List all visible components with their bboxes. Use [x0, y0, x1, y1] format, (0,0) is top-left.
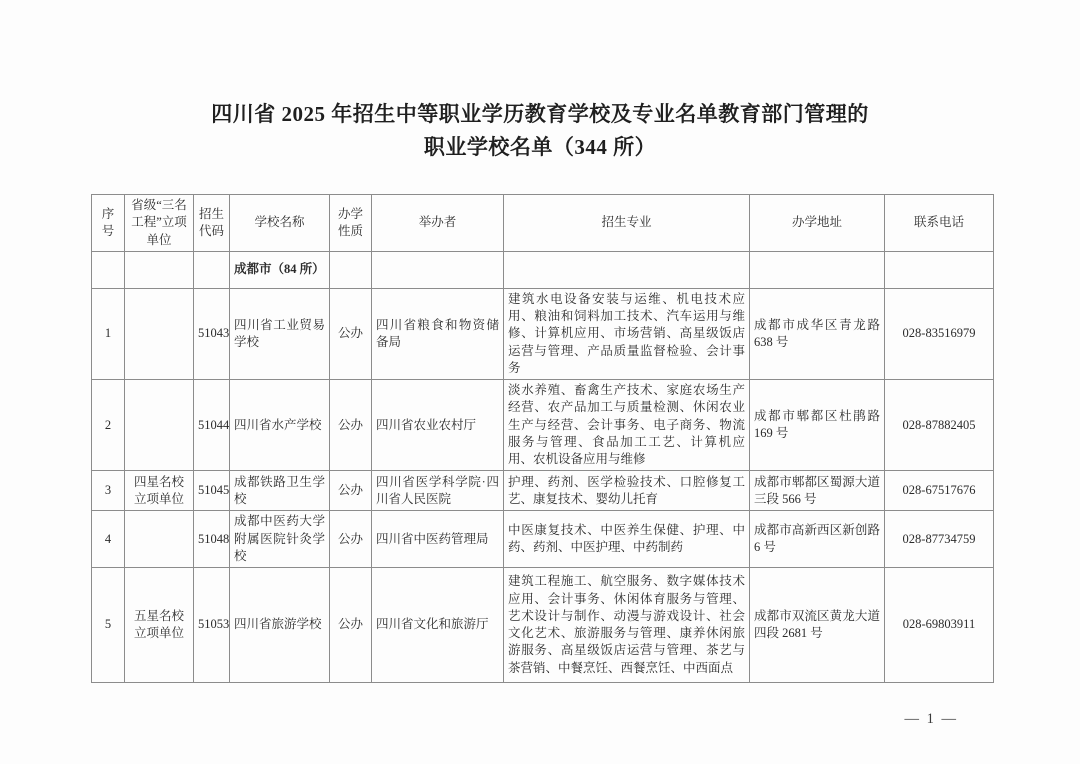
cell-code: 51048	[194, 511, 230, 568]
table-row: 151043四川省工业贸易学校公办四川省粮食和物资储备局建筑水电设备安装与运维、…	[92, 288, 994, 379]
schools-table: 序号 省级“三名工程”立项单位 招生代码 学校名称 办学性质 举办者 招生专业 …	[91, 194, 994, 683]
cell-school: 四川省旅游学校	[230, 568, 330, 683]
cell-majors: 中医康复技术、中医养生保健、护理、中药、药剂、中医护理、中药制药	[504, 511, 750, 568]
cell-phone: 028-87882405	[885, 380, 994, 471]
cell-majors: 护理、药剂、医学检验技术、口腔修复工艺、康复技术、婴幼儿托育	[504, 471, 750, 511]
cell-project: 四星名校立项单位	[125, 471, 194, 511]
column-header-phone: 联系电话	[885, 195, 994, 252]
document-page: 四川省 2025 年招生中等职业学历教育学校及专业名单教育部门管理的 职业学校名…	[0, 0, 1080, 764]
cell-seq: 5	[92, 568, 125, 683]
cell-seq: 4	[92, 511, 125, 568]
cell-school: 四川省水产学校	[230, 380, 330, 471]
column-header-majors: 招生专业	[504, 195, 750, 252]
column-header-seq: 序号	[92, 195, 125, 252]
table-row: 3四星名校立项单位51045成都铁路卫生学校公办四川省医学科学院·四川省人民医院…	[92, 471, 994, 511]
cell-type: 公办	[330, 471, 372, 511]
cell-organizer: 四川省文化和旅游厅	[372, 568, 504, 683]
cell-address	[750, 251, 885, 288]
cell-address: 成都市高新西区新创路 6 号	[750, 511, 885, 568]
cell-majors: 建筑水电设备安装与运维、机电技术应用、粮油和饲料加工技术、汽车运用与维修、计算机…	[504, 288, 750, 379]
cell-majors	[504, 251, 750, 288]
cell-type: 公办	[330, 380, 372, 471]
cell-school: 成都中医药大学附属医院针灸学校	[230, 511, 330, 568]
cell-organizer: 四川省粮食和物资储备局	[372, 288, 504, 379]
cell-code	[194, 251, 230, 288]
cell-seq: 2	[92, 380, 125, 471]
column-header-type: 办学性质	[330, 195, 372, 252]
cell-majors: 淡水养殖、畜禽生产技术、家庭农场生产经营、农产品加工与质量检测、休闲农业生产与经…	[504, 380, 750, 471]
page-number: — 1 —	[0, 711, 1080, 728]
cell-type: 公办	[330, 288, 372, 379]
cell-organizer: 四川省医学科学院·四川省人民医院	[372, 471, 504, 511]
column-header-code: 招生代码	[194, 195, 230, 252]
cell-phone: 028-69803911	[885, 568, 994, 683]
cell-address: 成都市双流区黄龙大道四段 2681 号	[750, 568, 885, 683]
cell-organizer	[372, 251, 504, 288]
cell-phone: 028-87734759	[885, 511, 994, 568]
table-row: 251044四川省水产学校公办四川省农业农村厅淡水养殖、畜禽生产技术、家庭农场生…	[92, 380, 994, 471]
column-header-school: 学校名称	[230, 195, 330, 252]
cell-project	[125, 288, 194, 379]
cell-code: 51043	[194, 288, 230, 379]
cell-project	[125, 380, 194, 471]
cell-address: 成都市成华区青龙路 638 号	[750, 288, 885, 379]
cell-type	[330, 251, 372, 288]
cell-address: 成都市郫都区蜀源大道三段 566 号	[750, 471, 885, 511]
column-header-address: 办学地址	[750, 195, 885, 252]
cell-organizer: 四川省中医药管理局	[372, 511, 504, 568]
cell-code: 51045	[194, 471, 230, 511]
cell-majors: 建筑工程施工、航空服务、数字媒体技术应用、会计事务、休闲体育服务与管理、艺术设计…	[504, 568, 750, 683]
cell-phone: 028-83516979	[885, 288, 994, 379]
cell-school: 成都铁路卫生学校	[230, 471, 330, 511]
column-header-project: 省级“三名工程”立项单位	[125, 195, 194, 252]
cell-school: 四川省工业贸易学校	[230, 288, 330, 379]
cell-project: 五星名校立项单位	[125, 568, 194, 683]
table-row: 451048成都中医药大学附属医院针灸学校公办四川省中医药管理局中医康复技术、中…	[92, 511, 994, 568]
cell-project	[125, 511, 194, 568]
title-line-2: 职业学校名单（344 所）	[424, 135, 656, 159]
cell-project	[125, 251, 194, 288]
cell-phone: 028-67517676	[885, 471, 994, 511]
cell-seq: 3	[92, 471, 125, 511]
cell-code: 51053	[194, 568, 230, 683]
column-header-organizer: 举办者	[372, 195, 504, 252]
title-line-1: 四川省 2025 年招生中等职业学历教育学校及专业名单教育部门管理的	[211, 102, 869, 126]
cell-phone	[885, 251, 994, 288]
cell-type: 公办	[330, 568, 372, 683]
document-title: 四川省 2025 年招生中等职业学历教育学校及专业名单教育部门管理的 职业学校名…	[0, 0, 1080, 164]
table-row: 5五星名校立项单位51053四川省旅游学校公办四川省文化和旅游厅建筑工程施工、航…	[92, 568, 994, 683]
cell-address: 成都市郫都区杜鹃路 169 号	[750, 380, 885, 471]
cell-seq: 1	[92, 288, 125, 379]
table-header-row: 序号 省级“三名工程”立项单位 招生代码 学校名称 办学性质 举办者 招生专业 …	[92, 195, 994, 252]
city-section-row: 成都市（84 所）	[92, 251, 994, 288]
city-section-label: 成都市（84 所）	[230, 251, 330, 288]
cell-organizer: 四川省农业农村厅	[372, 380, 504, 471]
cell-code: 51044	[194, 380, 230, 471]
cell-seq	[92, 251, 125, 288]
cell-type: 公办	[330, 511, 372, 568]
